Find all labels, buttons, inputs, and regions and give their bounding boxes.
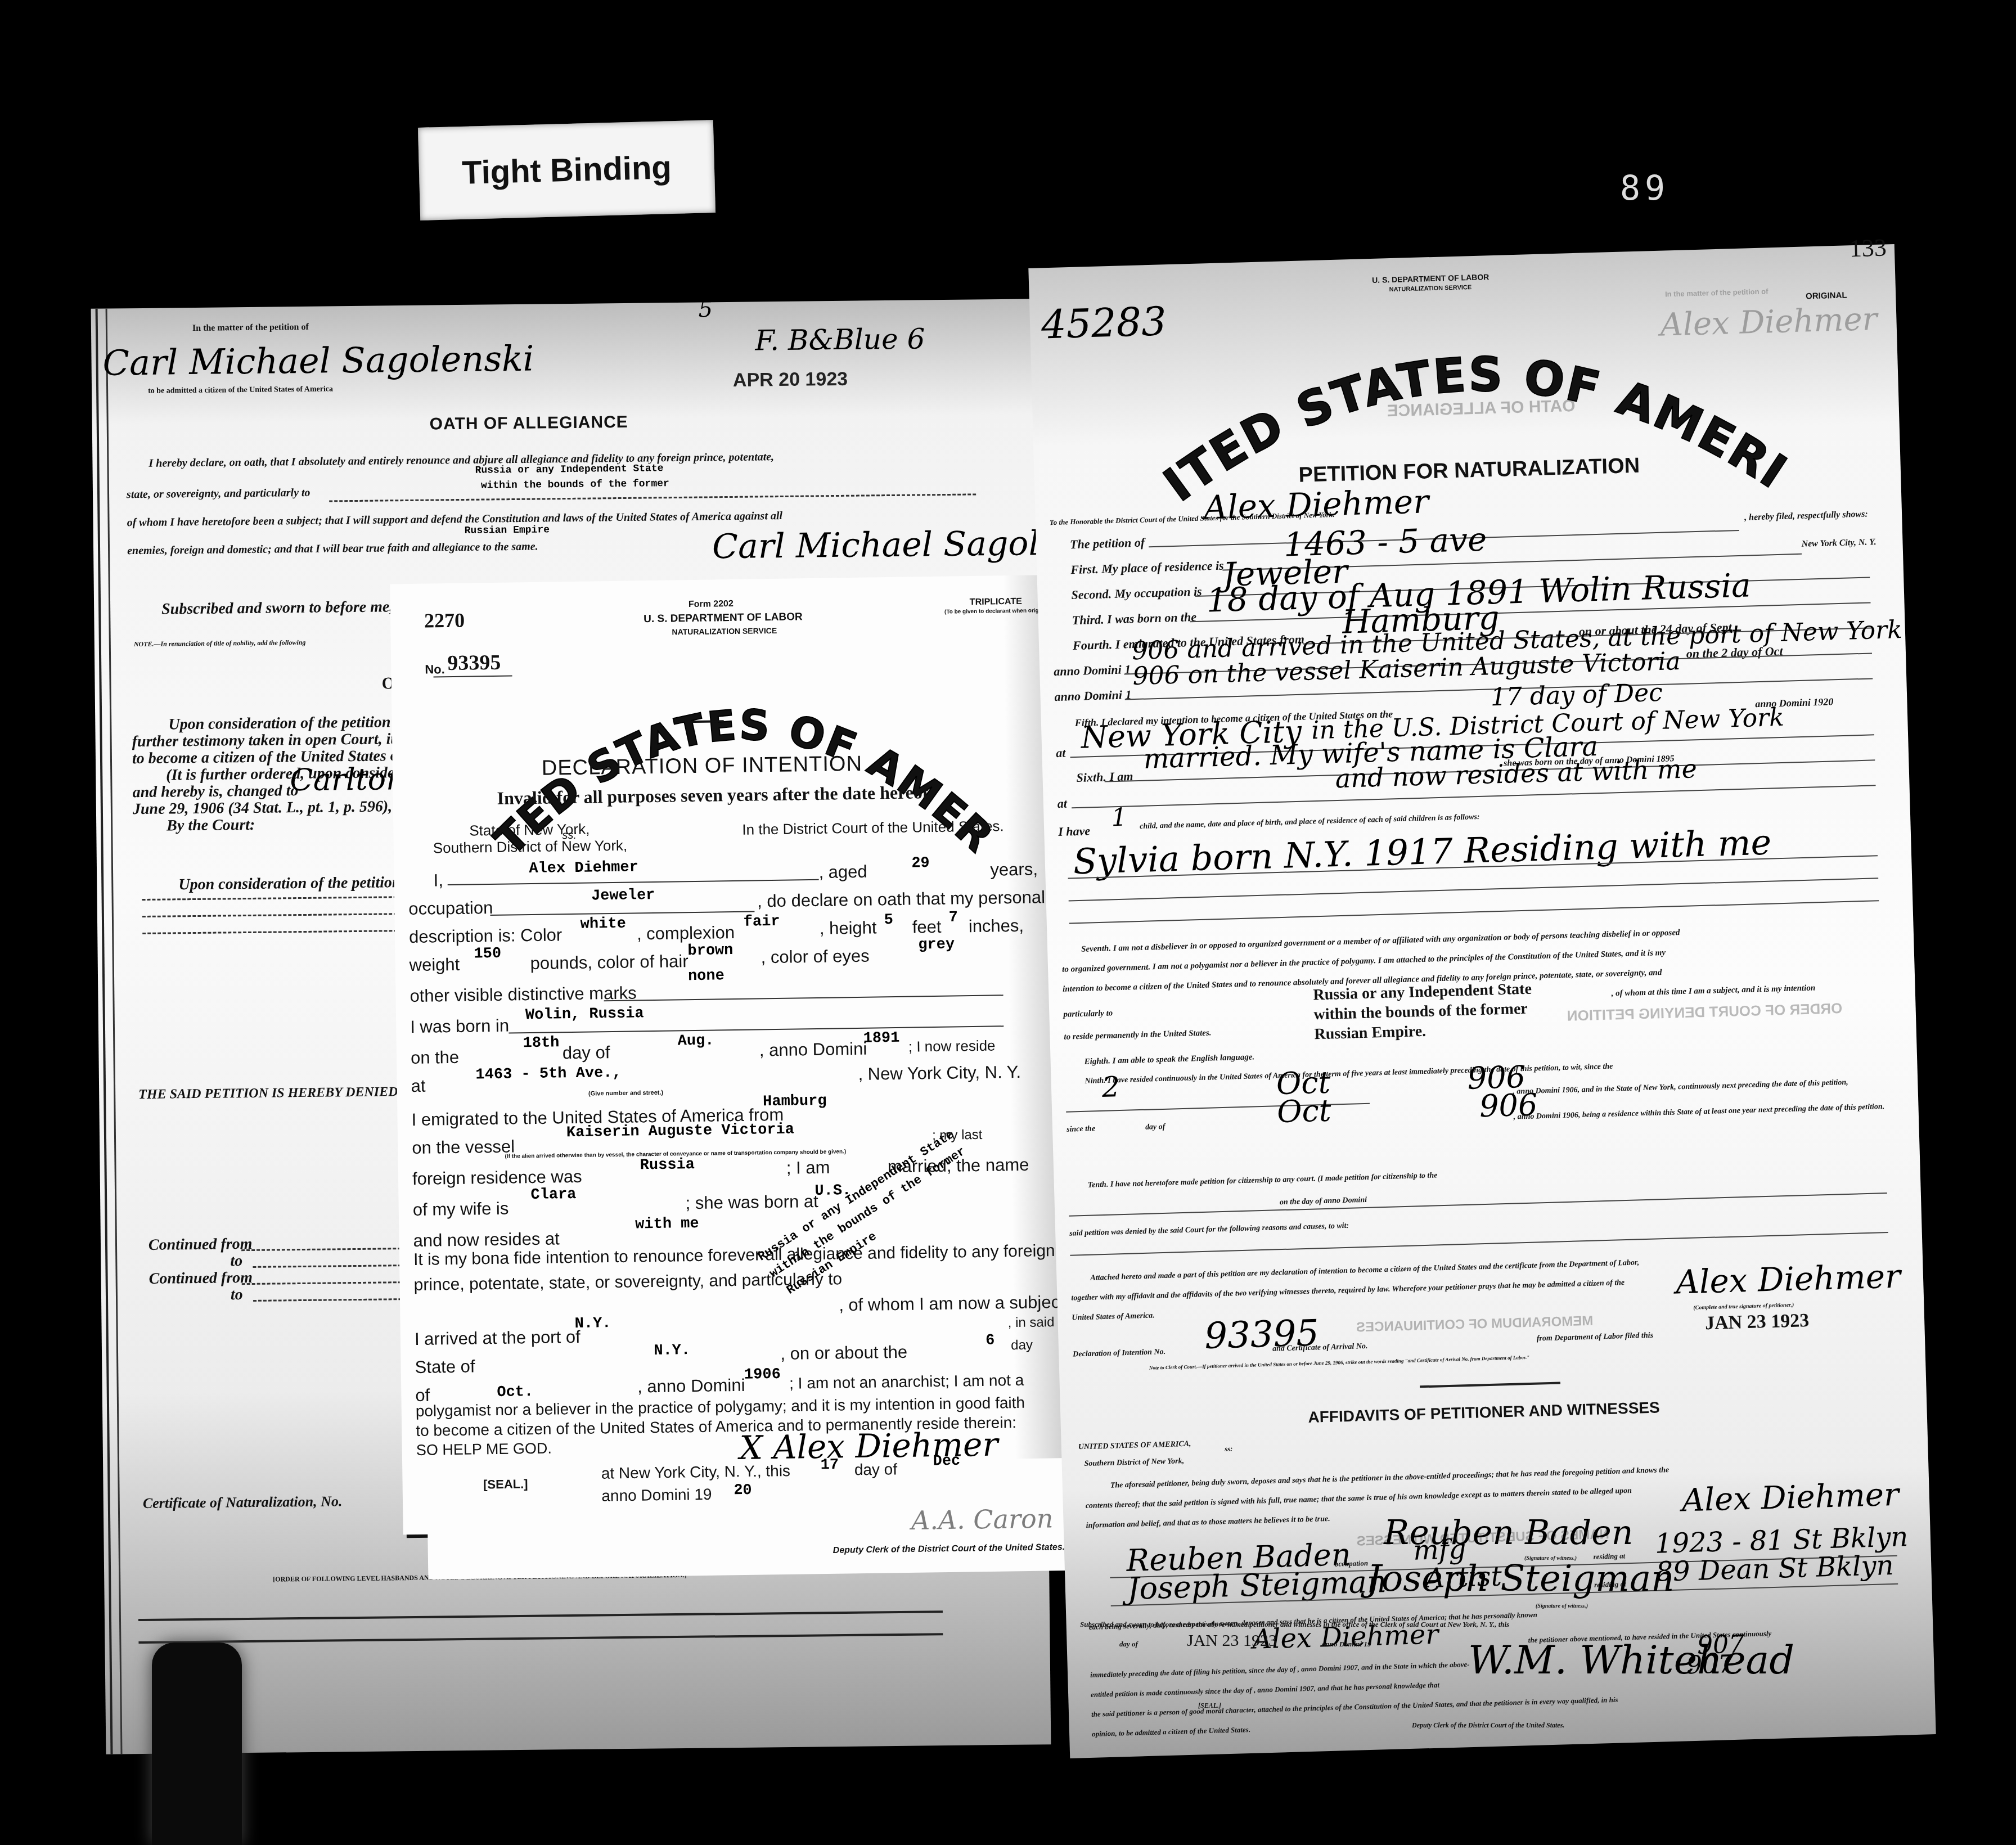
petitioner-signature: Alex Diehmer: [1675, 1257, 1901, 1301]
so-help-me-god: SO HELP ME GOD.: [416, 1440, 552, 1459]
ninth-day-of-label: day of: [1145, 1123, 1165, 1132]
tight-binding-label: Tight Binding: [418, 120, 715, 220]
declaration-label: Declaration of Intention No.: [1073, 1348, 1165, 1360]
declaration-jurat-area: at New York City, N. Y., this 17 day of …: [427, 1458, 1070, 1579]
jurat-day: 17: [820, 1457, 839, 1474]
row-label-anno-2: anno Domini 1: [1054, 687, 1132, 704]
seventh-line-5: to reside permanently in the United Stat…: [1064, 1028, 1211, 1042]
film-frame-number: 89: [1620, 169, 1669, 208]
ninth-month-2: Oct: [1276, 1093, 1331, 1130]
attached-line-2: together with my affidavit and the affid…: [1071, 1279, 1624, 1303]
day-of-label: day of: [562, 1042, 610, 1063]
about-label: , on or about the: [780, 1342, 907, 1364]
arrival-anno-label: , anno Domini: [637, 1375, 745, 1397]
wife-born-label: ; she was born at: [685, 1191, 818, 1213]
continued-from-label-2: Continued from: [148, 1269, 253, 1288]
mirrored-bleedthrough-order: ORDER OF COURT DENYING PETITION: [1567, 1000, 1842, 1025]
height-feet: 5: [884, 912, 893, 929]
department-label: U. S. DEPARTMENT OF LABOR: [643, 611, 803, 625]
affidavit-venue-country: UNITED STATES OF AMERICA,: [1078, 1440, 1191, 1452]
handwritten-code: F. B&Blue 6: [755, 322, 925, 357]
petition-seal-label: [SEAL.]: [1198, 1702, 1221, 1710]
thumb-holding-page: [152, 1642, 242, 1845]
petitioner-name-handwritten: Carl Michael Sagolenski: [102, 338, 534, 384]
blank-line: [142, 930, 412, 934]
number-label: No.: [425, 662, 445, 677]
address-value: 1463 - 5th Ave.,: [475, 1065, 622, 1084]
page-mark: 5: [698, 296, 713, 322]
section-rule: [1420, 1381, 1560, 1388]
department-label: U. S. DEPARTMENT OF LABOR: [1372, 272, 1489, 285]
petition-lower-area: Reuben Baden (Signature of witness.) Jos…: [1063, 1513, 1896, 1738]
ninth-line-2: , anno Domini 1906, and in the State of …: [1513, 1078, 1848, 1097]
in-said-label: , in said: [1008, 1315, 1055, 1331]
copy-label-original: ORIGINAL: [1806, 290, 1847, 301]
row-label-wife-at: at: [1057, 796, 1068, 811]
matter-caption: In the matter of the petition of: [192, 322, 309, 334]
foreign-residence-label: foreign residence was: [412, 1167, 582, 1189]
footer-rule: [138, 1610, 943, 1621]
resides-label: and now resides at: [413, 1228, 560, 1251]
vessel-label: on the vessel: [412, 1136, 515, 1158]
wife-residence-value: with me: [635, 1216, 699, 1234]
mirrored-bleedthrough-memorandum: MEMORANDUM OF CONTINUANCES: [1356, 1313, 1594, 1336]
deputy-clerk-caption: Deputy Clerk of the District Court of th…: [833, 1542, 1065, 1556]
eyes-label: , color of eyes: [760, 946, 869, 968]
seventh-sovereign-3: Russian Empire.: [1314, 1023, 1426, 1044]
inches-label: inches,: [969, 916, 1024, 937]
i-label: I,: [433, 870, 443, 890]
continued-to-label-2: to: [231, 1286, 243, 1304]
height-inches: 7: [948, 909, 958, 926]
reside-label: ; I now reside: [908, 1037, 996, 1056]
received-date-stamp: APR 20 1923: [733, 368, 848, 391]
jurat-day-of: day of: [854, 1460, 898, 1479]
children-caption: child, and the name, date and place of b…: [1140, 813, 1480, 831]
blank-line: [142, 913, 412, 917]
document-title: DECLARATION OF INTENTION: [542, 752, 863, 781]
weight-label: weight: [409, 955, 460, 975]
venue-ss: ss:: [562, 829, 577, 842]
occupation-label: occupation: [408, 898, 493, 919]
row-label-residence: First. My place of residence is: [1070, 559, 1224, 578]
petition-jurat-line: Subscribed and sworn to before me by the…: [1080, 1620, 1509, 1629]
petition-jurat-anno: anno Domini 19: [1322, 1640, 1371, 1649]
petition-deputy-clerk-caption: Deputy Clerk of the District Court of th…: [1412, 1721, 1564, 1730]
service-label: NATURALIZATION SERVICE: [672, 626, 777, 637]
admitted-caption: to be admitted a citizen of the United S…: [148, 385, 333, 395]
city-label: , New York City, N. Y.: [858, 1062, 1021, 1084]
wife-name-value: Clara: [530, 1186, 576, 1204]
eighth-line: Eighth. I am able to speak the English l…: [1084, 1052, 1255, 1066]
arrival-month-value: Oct.: [497, 1384, 533, 1401]
seventh-line-4: particularly to: [1063, 1009, 1113, 1019]
affidavit-venue-district: Southern District of New York,: [1084, 1457, 1184, 1469]
petitioner-signature-caption: (Complete and true signature of petition…: [1693, 1302, 1794, 1311]
row-suffix-arrival: on the 2 day of Oct: [1686, 644, 1783, 661]
name-changed-to-handwritten: Carlton: [290, 761, 406, 798]
jurat-month: Dec: [933, 1453, 960, 1470]
children-handwritten: Sylvia born N.Y. 1917 Residing with me: [1073, 822, 1772, 883]
anno-domini-label: , anno Domini: [759, 1039, 867, 1061]
port-value: N.Y.: [574, 1315, 611, 1333]
continued-to-field-2[interactable]: [253, 1298, 422, 1302]
birthplace-line: [508, 1025, 1003, 1033]
witness-signature-caption-2: (Signature of witness.): [1536, 1603, 1588, 1609]
birth-day: 18th: [523, 1034, 559, 1052]
born-label: I was born in: [410, 1016, 509, 1037]
jurat-year: 20: [733, 1482, 752, 1499]
petition-jurat-day-label: day of: [1119, 1640, 1138, 1649]
subject-label: , of whom I am now a subject;: [839, 1292, 1070, 1316]
oath-title: OATH OF ALLEGIANCE: [430, 413, 628, 434]
second-consideration-line: Upon consideration of the petition of: [178, 874, 418, 894]
ninth-line-3: , anno Domini 1906, being a residence wi…: [1514, 1102, 1885, 1122]
attached-line-1: Attached hereto and made a part of this …: [1090, 1258, 1639, 1282]
affidavits-title: AFFIDAVITS OF PETITIONER AND WITNESSES: [1308, 1398, 1660, 1426]
filed-date-stamp: JAN 23 1923: [1705, 1310, 1810, 1334]
declarant-age: 29: [911, 855, 930, 872]
service-label: NATURALIZATION SERVICE: [1389, 284, 1471, 293]
certificate-label: and Certificate of Arrival No.: [1272, 1342, 1368, 1354]
seventh-subject-suffix: , of whom at this time I am a subject, a…: [1611, 983, 1815, 998]
page-binding-edge: [96, 309, 123, 1754]
oath-line-1: I hereby declare, on oath, that I absolu…: [148, 451, 774, 470]
petition-deputy-clerk-signature: W.M. Whitehead: [1468, 1637, 1794, 1683]
oath-sovereign-typed-3: Russian Empire: [465, 524, 550, 537]
height-label: , height: [820, 917, 877, 938]
row-line: [1069, 900, 1879, 924]
arrival-year-value: 1906: [744, 1366, 781, 1384]
witness-signature-2: Joseph Steigman: [1367, 1558, 1674, 1600]
i-am-label: ; I am: [786, 1158, 830, 1178]
deputy-clerk-signature: A.A. Caron: [911, 1503, 1054, 1536]
emigrated-from-value: Hamburg: [763, 1093, 827, 1111]
ninth-since-label: since the: [1066, 1124, 1095, 1134]
row-line: [1070, 1232, 1888, 1256]
complexion-value: fair: [744, 913, 780, 931]
page-number: 133: [1849, 233, 1887, 263]
birthplace-value: Wolin, Russia: [525, 1005, 644, 1024]
matter-caption: In the matter of the petition of: [1665, 287, 1768, 298]
continued-from-label-1: Continued from: [148, 1235, 253, 1254]
order-line-6: June 29, 1906 (34 Stat. L., pt. 1, p. 59…: [133, 798, 434, 819]
description-label: description is: Color: [409, 925, 562, 947]
blank-line: [142, 896, 412, 901]
ninth-day-1: 2: [1101, 1070, 1120, 1104]
birth-month: Aug.: [677, 1032, 714, 1050]
tenth-line-2: on the day of anno Domini: [1280, 1196, 1367, 1207]
seventh-sovereign-2: within the bounds of the former: [1313, 1000, 1528, 1024]
form-number: Form 2202: [688, 599, 733, 610]
marks-value: none: [688, 967, 724, 985]
wife-label: of my wife is: [413, 1199, 509, 1220]
foreign-residence-value: Russia: [640, 1156, 695, 1174]
ninth-line-1: Ninth. I have resided continuously in th…: [1084, 1063, 1613, 1086]
row-label-married: Sixth. I am: [1076, 769, 1133, 785]
vessel-value: Kaiserin Auguste Victoria: [566, 1122, 794, 1142]
tenth-line-1: Tenth. I have not heretofore made petiti…: [1088, 1171, 1438, 1190]
arrival-day-value: 6: [985, 1333, 995, 1349]
jurat-line-2-prefix: at New York City, N. Y., this: [601, 1462, 791, 1483]
feet-label: feet: [912, 917, 942, 938]
row-label-children: I have: [1058, 823, 1091, 839]
continued-from-field-1[interactable]: [241, 1248, 421, 1251]
row-suffix-residence: New York City, N. Y.: [1801, 537, 1876, 550]
arrival-state-value: N.Y.: [654, 1342, 690, 1360]
address-hint: (Give number and street.): [588, 1090, 663, 1097]
row-label-born: Third. I was born on the: [1072, 610, 1196, 628]
row-line: [1069, 1192, 1887, 1217]
eyes-value: grey: [918, 937, 955, 954]
row-label-at: at: [1056, 746, 1066, 760]
petitioner-name-handwritten: Alex Diehmer: [1203, 482, 1429, 526]
row-label-anno-1: anno Domini 1: [1054, 662, 1131, 679]
oath-line-4: enemies, foreign and domestic; and that …: [127, 541, 538, 558]
certificate-label: Certificate of Naturalization, No.: [143, 1493, 343, 1512]
affidavit-venue-ss: ss:: [1225, 1444, 1233, 1453]
color-value: white: [580, 916, 626, 933]
name-line: [448, 879, 819, 885]
on-the-label: on the: [411, 1047, 460, 1068]
weight-value: 150: [474, 946, 501, 963]
years-label: years,: [990, 859, 1038, 880]
birth-year: 1891: [863, 1030, 899, 1047]
filed-label: from Department of Labor filed this: [1537, 1331, 1654, 1344]
state-of-label: State of: [415, 1356, 475, 1377]
row-label-occupation: Second. My occupation is: [1071, 584, 1202, 602]
oath-line-3: of whom I have heretofore been a subject…: [127, 510, 782, 529]
aged-label: , aged: [818, 862, 867, 883]
petition-denied-line: THE SAID PETITION IS HEREBY DENIED.: [138, 1084, 401, 1102]
occupation-value: Jeweler: [591, 887, 655, 905]
declarant-name: Alex Diehmer: [529, 859, 638, 877]
declaration-serial-top: 2270: [424, 609, 465, 633]
complexion-label: , complexion: [637, 922, 735, 944]
day-label: day: [1011, 1338, 1033, 1354]
marks-line: [604, 994, 1003, 1001]
oath-line-2: state, or sovereignty, and particularly …: [127, 487, 310, 501]
continued-to-label-1: to: [230, 1252, 242, 1270]
oath-sovereign-typed-1: Russia or any Independent State: [475, 463, 664, 476]
witness-signature-1: Reuben Baden: [1384, 1513, 1633, 1552]
oath-sovereign-line: [329, 493, 976, 502]
book-clip-shadow: [1904, 321, 2016, 467]
marks-label: other visible distinctive marks: [409, 983, 637, 1006]
seal-label: [SEAL.]: [483, 1477, 528, 1492]
continued-to-field-1[interactable]: [253, 1264, 421, 1268]
footer-rule: [138, 1633, 943, 1644]
row-suffix-petition-of: , hereby filed, respectfully shows:: [1744, 510, 1868, 523]
oath-sovereign-typed-2: within the bounds of the former: [481, 478, 669, 492]
subscribed-line: Subscribed and sworn to before me, in: [161, 598, 411, 619]
row-label-petition-of: The petition of: [1070, 535, 1145, 552]
venue-district: Southern District of New York,: [433, 837, 628, 857]
note-line: NOTE.—In renunciation of title of nobili…: [134, 638, 306, 649]
anarchist-label: ; I am not an anarchist; I am not a: [789, 1371, 1024, 1393]
children-count-handwritten: 1: [1111, 803, 1127, 832]
row-line: [1069, 877, 1878, 901]
attached-line-3: United States of America.: [1072, 1311, 1155, 1322]
court-name: In the District Court of the United Stat…: [742, 817, 1004, 838]
declare-label: , do declare on oath that my personal: [757, 887, 1045, 911]
continued-from-field-2[interactable]: [242, 1281, 422, 1285]
copy-label: TRIPLICATE: [970, 597, 1022, 607]
tenth-line-3: said petition was denied by the said Cou…: [1069, 1222, 1349, 1239]
hair-value: brown: [687, 942, 733, 960]
jurat-anno: anno Domini 19: [601, 1486, 712, 1505]
at-label: at: [411, 1076, 425, 1096]
affidavit-line-1: The aforesaid petitioner, being duly swo…: [1110, 1466, 1669, 1491]
petition-jurat-date-stamp: JAN 23 1923: [1187, 1631, 1277, 1650]
declaration-of-intention-slip: 2270 Form 2202 U. S. DEPARTMENT OF LABOR…: [390, 575, 1078, 1535]
pounds-label: pounds, color of hair: [530, 951, 688, 974]
arrived-label: I arrived at the port of: [415, 1327, 580, 1349]
affidavit-line-2: contents thereof; that the said petition…: [1086, 1487, 1632, 1511]
by-the-court: By the Court:: [166, 816, 255, 835]
